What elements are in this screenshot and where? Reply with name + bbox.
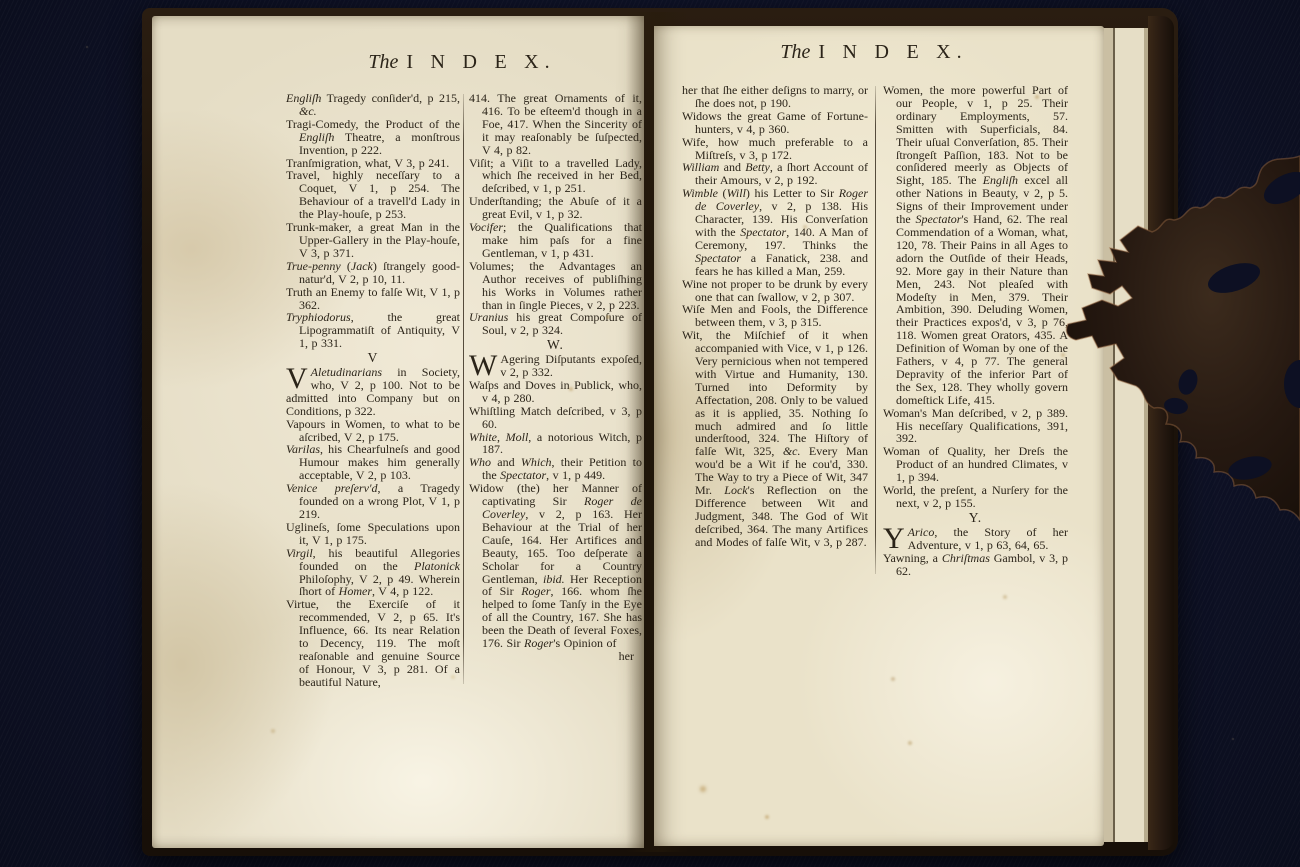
- index-entry: William and Betty, a ſhort Account of th…: [682, 161, 868, 187]
- italic-text: Who: [469, 455, 491, 469]
- index-entry: Wimble (Will) his Letter to Sir Roger de…: [682, 187, 868, 277]
- left-page-column-2: 414. The great Ornaments of it, 416. To …: [469, 92, 642, 663]
- photo-of-open-book: { "colors": { "background": "#0d1023", "…: [0, 0, 1300, 867]
- index-entry: YArico, the Story of her Adventure, v 1,…: [883, 526, 1068, 552]
- index-entry: Virgil, his beautiful Allegories founded…: [286, 547, 460, 599]
- index-entry: Vapours in Women, to what to be aſcribed…: [286, 418, 460, 444]
- left-page: TheI N D E X. Engliſh Tragedy conſider'd…: [152, 16, 644, 848]
- index-entry: Underſtanding; the Abuſe of it a great E…: [469, 195, 642, 221]
- index-entry: Trunk-maker, a great Man in the Upper-Ga…: [286, 221, 460, 260]
- index-entry: Widow (the) her Manner of captivating Si…: [469, 482, 642, 650]
- italic-text: Uranius: [469, 310, 508, 324]
- index-entry: Engliſh Tragedy conſider'd, p 215, &c.: [286, 92, 460, 118]
- index-entry: Truth an Enemy to falſe Wit, V 1, p 362.: [286, 286, 460, 312]
- index-entry: Varilas, his Chearfulneſs and good Humou…: [286, 443, 460, 482]
- italic-text: Spectator: [695, 251, 741, 265]
- drop-cap: W: [469, 353, 500, 377]
- italic-text: Will: [727, 186, 746, 200]
- index-entry: Viſit; a Viſit to a travelled Lady, whic…: [469, 157, 642, 196]
- italic-text: Engliſh: [983, 173, 1018, 187]
- title-index: I N D E X.: [818, 41, 967, 63]
- title-the: The: [780, 41, 810, 63]
- index-entry: White, Moll, a notorious Witch, p 187.: [469, 431, 642, 457]
- index-entry: Tragi-Comedy, the Product of the Engliſh…: [286, 118, 460, 157]
- index-entry: Wit, the Miſchief of it when accompanied…: [682, 329, 868, 548]
- italic-text: Spectator: [500, 468, 546, 482]
- right-page-column-2: Women, the more powerful Part of our Peo…: [883, 84, 1068, 577]
- italic-text: White: [469, 430, 497, 444]
- drop-cap: V: [286, 366, 311, 390]
- section-heading: V: [286, 352, 460, 365]
- index-entry: Who and Which, their Petition to the Spe…: [469, 456, 642, 482]
- index-entry: Waſps and Doves in Publick, who, v 4, p …: [469, 379, 642, 405]
- index-entry: VAletudinarians in Society, who, V 2, p …: [286, 366, 460, 418]
- italic-text: Spectator: [740, 225, 786, 239]
- italic-text: Platonick: [414, 559, 460, 573]
- index-entry: 414. The great Ornaments of it, 416. To …: [469, 92, 642, 157]
- italic-text: Roger de Coverley: [482, 494, 642, 521]
- italic-text: Vocifer: [469, 220, 503, 234]
- italic-text: Varilas: [286, 442, 320, 456]
- italic-text: Jack: [351, 259, 373, 273]
- column-divider-rule: [463, 94, 464, 684]
- right-page-column-1: her that ſhe either deſigns to marry, or…: [682, 84, 868, 549]
- italic-text: Aletudinarians: [311, 365, 382, 379]
- index-entry: True-penny (Jack) ſtrangely good-natur'd…: [286, 260, 460, 286]
- italic-text: William: [682, 160, 719, 174]
- italic-text: Virgil: [286, 546, 313, 560]
- background-dust-specks: [0, 0, 2, 2]
- left-page-column-1: Engliſh Tragedy conſider'd, p 215, &c.Tr…: [286, 92, 460, 689]
- index-entry: Woman of Quality, her Dreſs the Product …: [883, 445, 1068, 484]
- italic-text: Lock: [724, 483, 747, 497]
- italic-text: Venice preſerv'd: [286, 481, 378, 495]
- index-entry: Uranius his great Compoſure of Soul, v 2…: [469, 311, 642, 337]
- index-entry: Wiſe Men and Fools, the Difference betwe…: [682, 303, 868, 329]
- italic-text: Tryphiodorus: [286, 310, 351, 324]
- index-entry: Widows the great Game of Fortune-hunters…: [682, 110, 868, 136]
- index-entry: Vocifer; the Qualifications that make hi…: [469, 221, 642, 260]
- italic-text: Roger: [524, 636, 553, 650]
- foxing-stains: [152, 16, 154, 18]
- italic-text: Betty: [745, 160, 770, 174]
- index-entry: World, the preſent, a Nurſery for the ne…: [883, 484, 1068, 510]
- italic-text: Spectator: [915, 212, 961, 226]
- drop-cap: Y: [883, 526, 908, 550]
- italic-text: Homer: [339, 584, 372, 598]
- italic-text: &c.: [299, 104, 317, 118]
- catchword: her: [469, 650, 642, 663]
- title-index: I N D E X.: [406, 51, 555, 73]
- italic-text: &c.: [783, 444, 801, 458]
- page-title: TheI N D E X.: [282, 56, 642, 69]
- italic-text: True-penny: [286, 259, 341, 273]
- italic-text: Engliſh: [299, 130, 334, 144]
- italic-text: Which: [521, 455, 552, 469]
- metal-book-clasp: [1058, 148, 1300, 560]
- index-entry: Volumes; the Advantages an Author receiv…: [469, 260, 642, 312]
- index-entry: WAgering Diſputants expoſed, v 2, p 332.: [469, 353, 642, 379]
- index-entry: Tryphiodorus, the great Lipogrammatiſt o…: [286, 311, 460, 350]
- index-entry: her that ſhe either deſigns to marry, or…: [682, 84, 868, 110]
- column-divider-rule: [875, 86, 876, 574]
- index-entry: Woman's Man deſcribed, v 2, p 389. His n…: [883, 407, 1068, 446]
- index-entry: Wife, how much preferable to a Miſtreſs,…: [682, 136, 868, 162]
- page-title: TheI N D E X.: [664, 46, 1084, 59]
- right-page: TheI N D E X. her that ſhe either deſign…: [654, 26, 1104, 846]
- index-entry: Wine not proper to be drunk by every one…: [682, 278, 868, 304]
- index-entry: Yawning, a Chriſtmas Gambol, v 3, p 62.: [883, 552, 1068, 578]
- italic-text: Arico: [908, 525, 935, 539]
- italic-text: Wimble: [682, 186, 718, 200]
- italic-text: Chriſtmas: [942, 551, 990, 565]
- italic-text: Roger: [521, 584, 550, 598]
- index-entry: Whiſtling Match deſcribed, v 3, p 60.: [469, 405, 642, 431]
- italic-text: Roger de Coverley: [695, 186, 868, 213]
- title-the: The: [368, 51, 398, 73]
- index-entry: Women, the more powerful Part of our Peo…: [883, 84, 1068, 407]
- italic-text: Engliſh: [286, 91, 321, 105]
- index-entry: Venice preſerv'd, a Tragedy founded on a…: [286, 482, 460, 521]
- section-heading: Y.: [883, 512, 1068, 525]
- foxing-stains: [654, 26, 656, 28]
- index-entry: Virtue, the Exerciſe of it recommended, …: [286, 598, 460, 688]
- italic-text: ibid.: [543, 572, 565, 586]
- italic-text: Moll: [506, 430, 529, 444]
- index-entry: Uglineſs, ſome Speculations upon it, V 1…: [286, 521, 460, 547]
- index-entry: Travel, highly neceſſary to a Coquet, V …: [286, 169, 460, 221]
